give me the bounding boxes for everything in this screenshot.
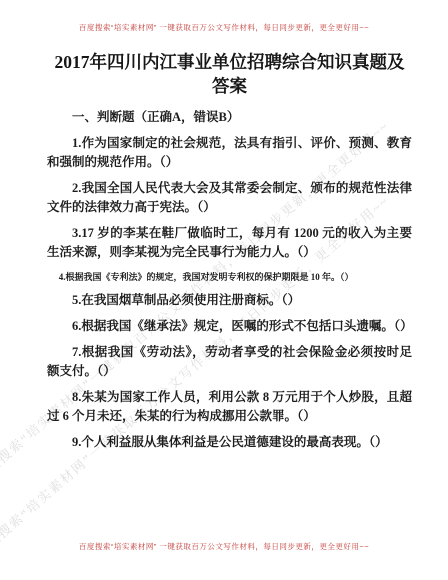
question-paragraph: 5.在我国烟草制品必须使用注册商标。（） [47,291,412,310]
question-paragraph: 7.根据我国《劳动法》，劳动者享受的社会保险金必须按时足额支付。（） [47,343,412,381]
question-paragraph: 4.根据我国《专利法》的规定，我国对发明专利权的保护期限是 10 年。（） [47,271,412,284]
section-heading: 一、判断题（正确A，错误B） [47,108,412,127]
question-paragraph: 8.朱某为国家工作人员，利用公款 8 万元用于个人炒股，且超过 6 个月未还，朱… [47,388,412,426]
header-promo-text: 百度搜索“培实素材网” 一键获取百万公文写作材料，每日同步更新，更全更好用~~ [0,22,448,33]
question-paragraph: 2.我国全国人民代表大会及其常委会制定、颁布的规范性法律文件的法律效力高于宪法。… [47,179,412,217]
page-title: 2017年四川内江事业单位招聘综合知识真题及答案 [47,50,412,98]
question-paragraph: 9.个人利益服从集体利益是公民道德建设的最高表现。（） [47,433,412,452]
question-paragraph: 6.根据我国《继承法》规定，医嘱的形式不包括口头遗嘱。（） [47,317,412,336]
document-page: 2017年四川内江事业单位招聘综合知识真题及答案 一、判断题（正确A，错误B） … [47,50,412,452]
footer-promo-text: 百度搜索“培实素材网” 一键获取百万公文写作材料，每日同步更新，更全更好用~~ [0,541,448,552]
question-paragraph: 3.17 岁的李某在鞋厂做临时工，每月有 1200 元的收入为主要生活来源，则李… [47,224,412,262]
question-paragraph: 1.作为国家制定的社会规范，法具有指引、评价、预测、教育和强制的规范作用。（） [47,134,412,172]
